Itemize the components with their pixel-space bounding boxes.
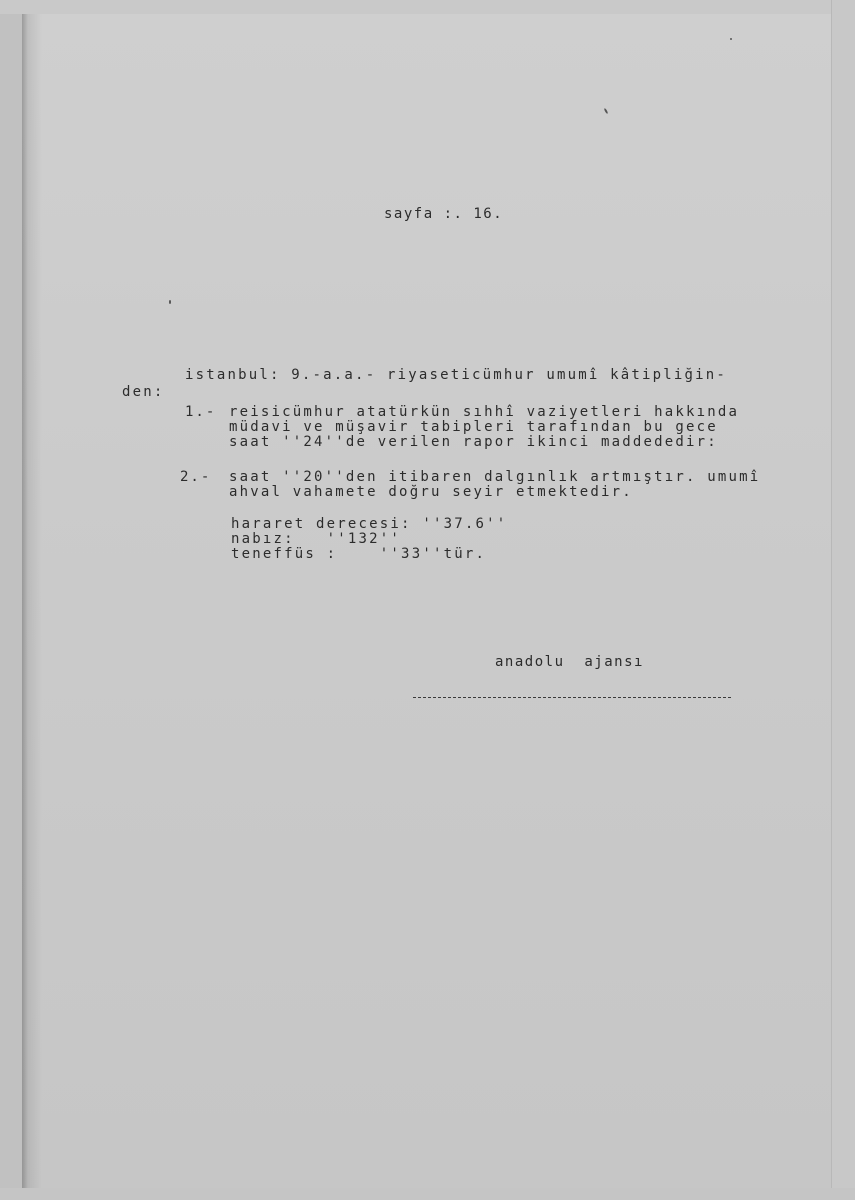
item-1-number: 1.- bbox=[185, 405, 216, 419]
scan-speck bbox=[169, 300, 171, 304]
dateline-continuation: den: bbox=[122, 385, 165, 399]
scan-bottom-border bbox=[0, 1188, 855, 1200]
signature: anadolu ajansı bbox=[495, 655, 644, 669]
item-2-number: 2.- bbox=[180, 470, 211, 484]
vital-respiration: teneffüs : ''33''tür. bbox=[231, 547, 486, 561]
item-2-line-1: saat ''20''den itibaren dalgınlık artmış… bbox=[229, 470, 760, 484]
item-2-line-2: ahval vahamete doğru seyir etmektedir. bbox=[229, 485, 633, 499]
dateline: istanbul: 9.-a.a.- riyaseticümhur umumî … bbox=[185, 368, 727, 382]
document-page bbox=[22, 14, 832, 1188]
scan-left-border bbox=[0, 0, 22, 1200]
item-1-line-1: reisicümhur atatürkün sıhhî vaziyetleri … bbox=[229, 405, 739, 419]
item-1-line-2: müdavi ve müşavir tabipleri tarafından b… bbox=[229, 420, 718, 434]
scan-top-border bbox=[0, 0, 855, 14]
vital-temperature: hararet derecesi: ''37.6'' bbox=[231, 517, 507, 531]
scan-speck bbox=[730, 38, 732, 40]
vital-pulse: nabız: ''132'' bbox=[231, 532, 401, 546]
item-1-line-3: saat ''24''de verilen rapor ikinci madde… bbox=[229, 435, 718, 449]
scan-right-border bbox=[831, 0, 855, 1200]
signature-rule bbox=[413, 697, 731, 698]
page-number: sayfa :. 16. bbox=[384, 207, 503, 221]
